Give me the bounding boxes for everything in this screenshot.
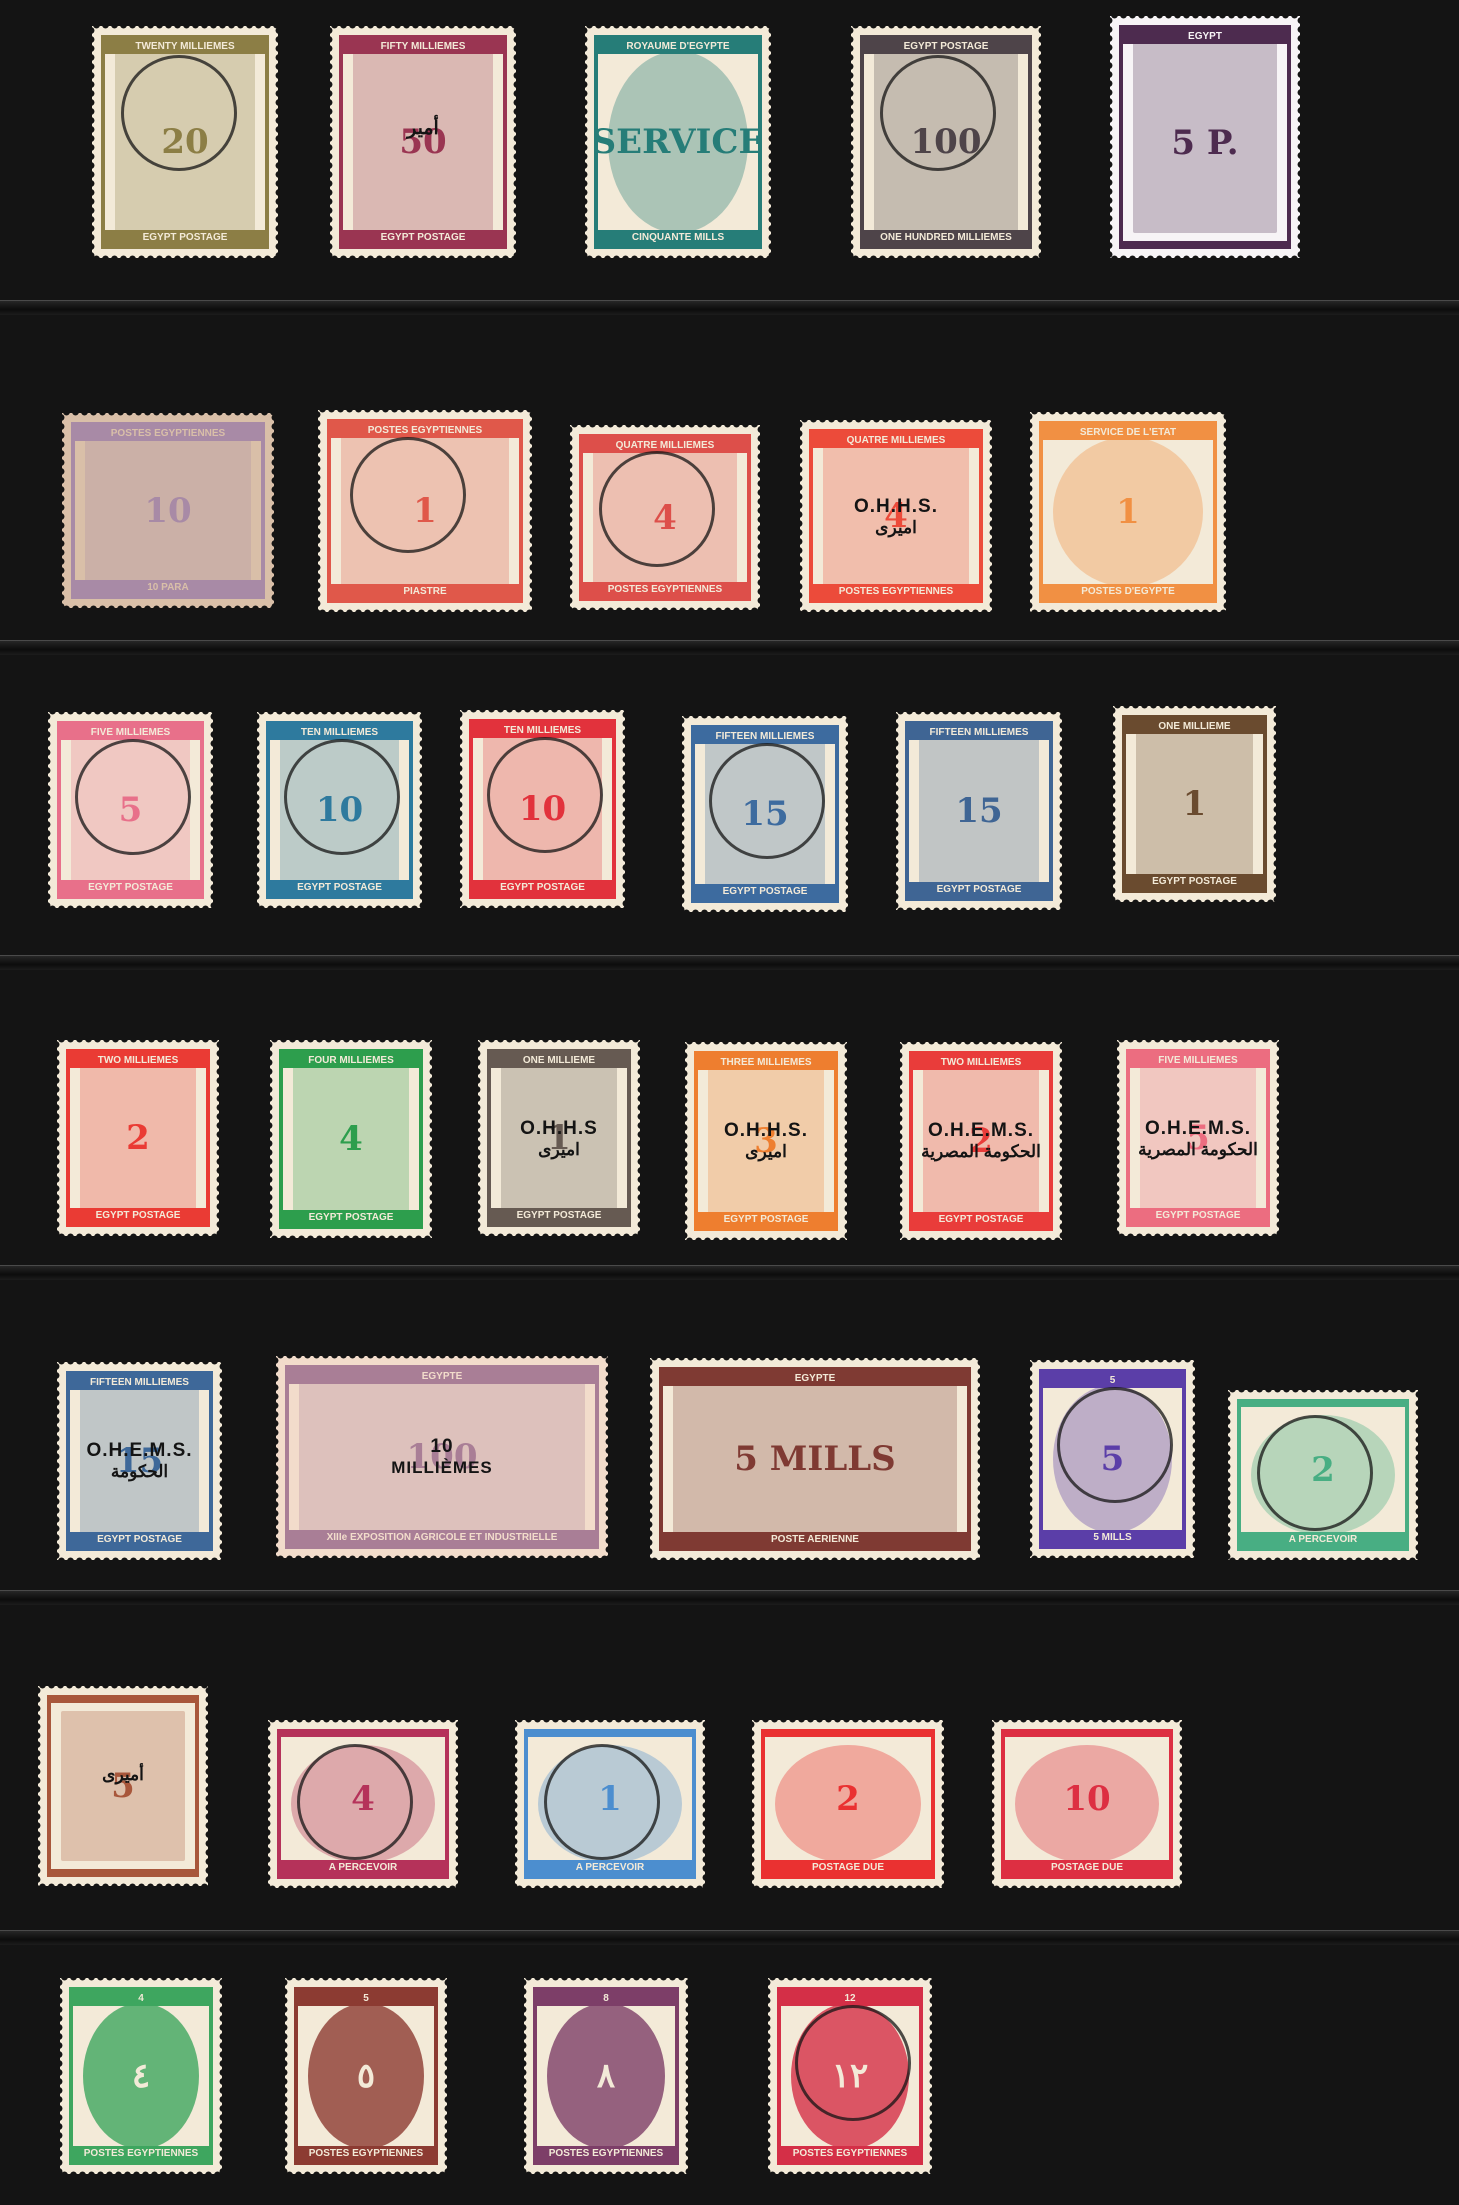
overprint-arabic: اميرى [813,518,979,538]
stamp-top-label [765,1733,931,1737]
stamp-bottom-label [51,1869,195,1873]
stockpage-strip [0,300,1459,315]
stamp-value: ٨ [597,2059,615,2093]
stamp: FIFTEEN MILLIEMES15EGYPT POSTAGE [896,712,1062,910]
stamp-frame: EGYPTE5 MILLSPOSTE AERIENNE [659,1367,971,1551]
stamp: EGYPTE100XIIIe EXPOSITION AGRICOLE ET IN… [276,1356,608,1558]
stamp-top-label: EGYPTE [289,1369,595,1384]
stamp: FIFTY MILLIEMES50EGYPT POSTAGEأمير [330,26,516,258]
stamp-bottom-label: A PERCEVOIR [528,1860,692,1875]
stamp-top-label: 4 [73,1991,209,2006]
overprint: O.H.H.S.اميرى [698,1120,834,1162]
stamp-top-label: 12 [781,1991,919,2006]
stamp-top-label: 8 [537,1991,675,2006]
stockpage-strip [0,1930,1459,1945]
stamp-frame: 2POSTAGE DUE [761,1729,935,1879]
overprint: O.H.H.S.اميرى [813,496,979,538]
overprint-text: O.H.E.M.S. [1130,1118,1266,1140]
stamp: QUATRE MILLIEMES4POSTES EGYPTIENNES [570,425,760,610]
stamp-top-label: EGYPTE [663,1371,967,1386]
stamp-bottom-label: EGYPT POSTAGE [698,1212,834,1227]
stamp-top-label: 5 [1043,1373,1182,1388]
stamp-bottom-label: EGYPT POSTAGE [283,1210,419,1225]
stamp-frame: TWO MILLIEMES2EGYPT POSTAGEO.H.E.M.S.الح… [909,1051,1053,1231]
stockpage-strip [0,1265,1459,1280]
overprint-arabic: الحكومة المصرية [913,1142,1049,1162]
stamp-top-label: FIVE MILLIEMES [61,725,200,740]
stamp: ONE MILLIEME1EGYPT POSTAGE [1113,706,1276,902]
stamp-bottom-label: POSTES D'EGYPTE [1043,584,1213,599]
stamp-bottom-label: EGYPT POSTAGE [1126,874,1263,889]
stamp-top-label: ONE MILLIEME [491,1053,627,1068]
postmark-cancel [599,451,715,567]
stamp-value: 5 MILLS [734,1442,895,1476]
stamp-frame: TWO MILLIEMES2EGYPT POSTAGE [66,1049,210,1227]
stamp: TEN MILLIEMES10EGYPT POSTAGE [460,710,625,908]
stamp-frame: QUATRE MILLIEMES4POSTES EGYPTIENNESO.H.H… [809,429,983,603]
stamp-frame: FIFTEEN MILLIEMES15EGYPT POSTAGEO.H.E.M.… [66,1371,213,1551]
stamp-top-label: SERVICE DE L'ETAT [1043,425,1213,440]
stamp-top-label [528,1733,692,1737]
stamp-frame: FIFTY MILLIEMES50EGYPT POSTAGEأمير [339,35,507,249]
stamp-frame: 12١٢POSTES EGYPTIENNES [777,1987,923,2165]
overprint: 10MILLIÈMES [289,1436,595,1478]
stamp-frame: FOUR MILLIEMES4EGYPT POSTAGE [279,1049,423,1229]
stamp-frame: TEN MILLIEMES10EGYPT POSTAGE [469,719,616,899]
stamp-top-label [281,1733,445,1737]
stamp-top-label [1005,1733,1169,1737]
overprint-text: O.H.E.M.S. [70,1440,209,1462]
stamp-top-label: POSTES EGYPTIENNES [75,426,261,441]
stamp-frame: 10POSTAGE DUE [1001,1729,1173,1879]
overprint: O.H.H.Sاميرى [491,1118,627,1160]
stamp-value: 1 [1116,495,1140,529]
overprint: O.H.E.M.S.الحكومة [70,1440,209,1482]
stamp-top-label: TWO MILLIEMES [70,1053,206,1068]
stamp-bottom-label: POSTES EGYPTIENNES [583,582,747,597]
stamp-value: 5 P. [1171,126,1238,160]
stamp-top-label [51,1699,195,1703]
stamp: 4A PERCEVOIR [268,1720,458,1888]
overprint: O.H.E.M.S.الحكومة المصرية [1130,1118,1266,1160]
stamp-top-label: FIFTY MILLIEMES [343,39,503,54]
stamp-frame: FIVE MILLIEMES5EGYPT POSTAGEO.H.E.M.S.ال… [1126,1049,1270,1227]
stamp-value: 2 [126,1121,150,1155]
stamp: 2POSTAGE DUE [752,1720,944,1888]
postmark-cancel [1057,1387,1173,1503]
postmark-cancel [795,2005,911,2121]
overprint-arabic: الحكومة [70,1462,209,1482]
stamp-top-label: EGYPT POSTAGE [864,39,1028,54]
stamp-bottom-label: POSTAGE DUE [1005,1860,1169,1875]
stamp: EGYPT5 P. [1110,16,1300,258]
stamp: FOUR MILLIEMES4EGYPT POSTAGE [270,1040,432,1238]
stamp-frame: FIFTEEN MILLIEMES15EGYPT POSTAGE [691,725,839,903]
stamp: SERVICE DE L'ETAT1POSTES D'EGYPTE [1030,412,1226,612]
stamp-value: SERVICE [594,125,762,159]
stamp-frame: EGYPT POSTAGE100ONE HUNDRED MILLIEMES [860,35,1032,249]
stamp: TWO MILLIEMES2EGYPT POSTAGEO.H.E.M.S.الح… [900,1042,1062,1240]
stamp-top-label: TWENTY MILLIEMES [105,39,265,54]
stamp-bottom-label: POSTES EGYPTIENNES [537,2146,675,2161]
stamp-top-label: ONE MILLIEME [1126,719,1263,734]
postmark-cancel [487,737,603,853]
stamp-bottom-label: EGYPT POSTAGE [1130,1208,1266,1223]
stamp: 5أميرى [38,1686,208,1886]
overprint-arabic: أميرى [51,1765,195,1785]
stamp: 555 MILLS [1030,1360,1195,1558]
stamp-bottom-label: EGYPT POSTAGE [70,1532,209,1547]
stamp-frame: QUATRE MILLIEMES4POSTES EGYPTIENNES [579,434,751,601]
stamp-frame: 8٨POSTES EGYPTIENNES [533,1987,679,2165]
overprint: أميرى [51,1765,195,1785]
stamp-frame: ROYAUME D'EGYPTESERVICECINQUANTE MILLS [594,35,762,249]
stamp-frame: EGYPT5 P. [1119,25,1291,249]
stamp: FIVE MILLIEMES5EGYPT POSTAGE [48,712,213,908]
stockpage-strip [0,955,1459,970]
stamp-bottom-label: EGYPT POSTAGE [473,880,612,895]
stamp-frame: FIVE MILLIEMES5EGYPT POSTAGE [57,721,204,899]
stamp-bottom-label: EGYPT POSTAGE [343,230,503,245]
stamp: 10POSTAGE DUE [992,1720,1182,1888]
postmark-cancel [121,55,237,171]
stamp-bottom-label: EGYPT POSTAGE [70,1208,206,1223]
stamp-top-label: TEN MILLIEMES [473,723,612,738]
stamp-top-label: FIFTEEN MILLIEMES [70,1375,209,1390]
stamp-frame: 4A PERCEVOIR [277,1729,449,1879]
overprint-text: 10 [289,1436,595,1458]
stamp-frame: SERVICE DE L'ETAT1POSTES D'EGYPTE [1039,421,1217,603]
stamp: 4٤POSTES EGYPTIENNES [60,1978,222,2174]
stamp-frame: EGYPTE100XIIIe EXPOSITION AGRICOLE ET IN… [285,1365,599,1549]
stamp-value: 2 [836,1782,860,1816]
stamp-bottom-label: EGYPT POSTAGE [695,884,835,899]
postmark-cancel [350,437,466,553]
overprint-arabic: MILLIÈMES [289,1458,595,1478]
stamp-top-label: FIFTEEN MILLIEMES [695,729,835,744]
stockpage-strip [0,640,1459,655]
stamp: QUATRE MILLIEMES4POSTES EGYPTIENNESO.H.H… [800,420,992,612]
stamp-bottom-label: CINQUANTE MILLS [598,230,758,245]
overprint-arabic: الحكومة المصرية [1130,1140,1266,1160]
stamp-bottom-label: POSTE AERIENNE [663,1532,967,1547]
stamp-frame: TWENTY MILLIEMES20EGYPT POSTAGE [101,35,269,249]
overprint: أمير [343,117,503,140]
stamp: FIVE MILLIEMES5EGYPT POSTAGEO.H.E.M.S.ال… [1117,1040,1279,1236]
postmark-cancel [284,739,400,855]
stamp-top-label: QUATRE MILLIEMES [813,433,979,448]
stamp: FIFTEEN MILLIEMES15EGYPT POSTAGE [682,716,848,912]
stamp-bottom-label: EGYPT POSTAGE [105,230,265,245]
stamp-value: 10 [144,494,191,528]
stamp-bottom-label: EGYPT POSTAGE [909,882,1049,897]
stamp: ONE MILLIEME1EGYPT POSTAGEO.H.H.Sاميرى [478,1040,640,1236]
stamp-value: 15 [955,794,1002,828]
stamp-top-label: 5 [298,1991,434,2006]
stamp-top-label: POSTES EGYPTIENNES [331,423,519,438]
stamp-frame: POSTES EGYPTIENNES1PIASTRE [327,419,523,603]
stamp-top-label: TEN MILLIEMES [270,725,409,740]
stamp-top-label: FIVE MILLIEMES [1130,1053,1266,1068]
overprint-arabic: اميرى [491,1140,627,1160]
stamp-value: 1 [1183,787,1207,821]
stamp-bottom-label: ONE HUNDRED MILLIEMES [864,230,1028,245]
stamp: POSTES EGYPTIENNES1PIASTRE [318,410,532,612]
stamp: TWO MILLIEMES2EGYPT POSTAGE [57,1040,219,1236]
stamp-top-label: ROYAUME D'EGYPTE [598,39,758,54]
overprint-text: O.H.H.S [491,1118,627,1140]
stamp: THREE MILLIEMES3EGYPT POSTAGEO.H.H.S.امي… [685,1042,847,1240]
stamp-frame: 555 MILLS [1039,1369,1186,1549]
stamp: EGYPT POSTAGE100ONE HUNDRED MILLIEMES [851,26,1041,258]
stamp-frame: 4٤POSTES EGYPTIENNES [69,1987,213,2165]
stamp: FIFTEEN MILLIEMES15EGYPT POSTAGEO.H.E.M.… [57,1362,222,1560]
stamp-value: ٥ [357,2059,375,2093]
stamp-bottom-label: POSTES EGYPTIENNES [73,2146,209,2161]
stamp-frame: ONE MILLIEME1EGYPT POSTAGE [1122,715,1267,893]
postmark-cancel [709,743,825,859]
stamp-bottom-label: EGYPT POSTAGE [491,1208,627,1223]
stamp-bottom-label: POSTES EGYPTIENNES [781,2146,919,2161]
stamp-frame: 5٥POSTES EGYPTIENNES [294,1987,438,2165]
stamp: 12١٢POSTES EGYPTIENNES [768,1978,932,2174]
stamp-bottom-label: PIASTRE [331,584,519,599]
stamp-top-label [1241,1403,1405,1407]
postmark-cancel [75,739,191,855]
stamp-frame: ONE MILLIEME1EGYPT POSTAGEO.H.H.Sاميرى [487,1049,631,1227]
stamp: TEN MILLIEMES10EGYPT POSTAGE [257,712,422,908]
stamp-top-label: FIFTEEN MILLIEMES [909,725,1049,740]
overprint-text: O.H.H.S. [813,496,979,518]
stamp-bottom-label: A PERCEVOIR [281,1860,445,1875]
stamp-bottom-label: EGYPT POSTAGE [61,880,200,895]
stamp: 2A PERCEVOIR [1228,1390,1418,1560]
overprint-text: O.H.E.M.S. [913,1120,1049,1142]
stamp-frame: FIFTEEN MILLIEMES15EGYPT POSTAGE [905,721,1053,901]
stamp-frame: THREE MILLIEMES3EGYPT POSTAGEO.H.H.S.امي… [694,1051,838,1231]
stamp-bottom-label: EGYPT POSTAGE [913,1212,1049,1227]
stamp-frame: 5أميرى [47,1695,199,1877]
stockpage-strip [0,1590,1459,1605]
stamp-top-label: EGYPT [1123,29,1287,44]
postmark-cancel [1257,1415,1373,1531]
overprint: O.H.E.M.S.الحكومة المصرية [913,1120,1049,1162]
stamp-frame: TEN MILLIEMES10EGYPT POSTAGE [266,721,413,899]
stamp-value: 10 [1063,1782,1110,1816]
stamp: 8٨POSTES EGYPTIENNES [524,1978,688,2174]
stamp-bottom-label: POSTES EGYPTIENNES [813,584,979,599]
stamp-bottom-label: 10 PARA [75,580,261,595]
stamp-top-label: TWO MILLIEMES [913,1055,1049,1070]
stamp-top-label: THREE MILLIEMES [698,1055,834,1070]
stamp-bottom-label: 5 MILLS [1043,1530,1182,1545]
stamp-bottom-label: POSTAGE DUE [765,1860,931,1875]
stamp: POSTES EGYPTIENNES1010 PARA [62,413,274,608]
stamp-bottom-label [1123,241,1287,245]
stamp-value: 4 [339,1122,363,1156]
stamp-frame: 2A PERCEVOIR [1237,1399,1409,1551]
stamp-value: ٤ [132,2059,150,2093]
stamp-bottom-label: XIIIe EXPOSITION AGRICOLE ET INDUSTRIELL… [289,1530,595,1545]
stamp-bottom-label: POSTES EGYPTIENNES [298,2146,434,2161]
stamp-bottom-label: A PERCEVOIR [1241,1532,1405,1547]
stamp: EGYPTE5 MILLSPOSTE AERIENNE [650,1358,980,1560]
overprint-text: O.H.H.S. [698,1120,834,1142]
stamp: TWENTY MILLIEMES20EGYPT POSTAGE [92,26,278,258]
postmark-cancel [544,1744,660,1860]
postmark-cancel [297,1744,413,1860]
overprint-arabic: اميرى [698,1142,834,1162]
stamp-top-label: FOUR MILLIEMES [283,1053,419,1068]
stamp: 1A PERCEVOIR [515,1720,705,1888]
stamp: ROYAUME D'EGYPTESERVICECINQUANTE MILLS [585,26,771,258]
overprint-text: أمير [343,117,503,140]
stamp: 5٥POSTES EGYPTIENNES [285,1978,447,2174]
stamp-frame: 1A PERCEVOIR [524,1729,696,1879]
stamp-bottom-label: EGYPT POSTAGE [270,880,409,895]
stamp-frame: POSTES EGYPTIENNES1010 PARA [71,422,265,599]
